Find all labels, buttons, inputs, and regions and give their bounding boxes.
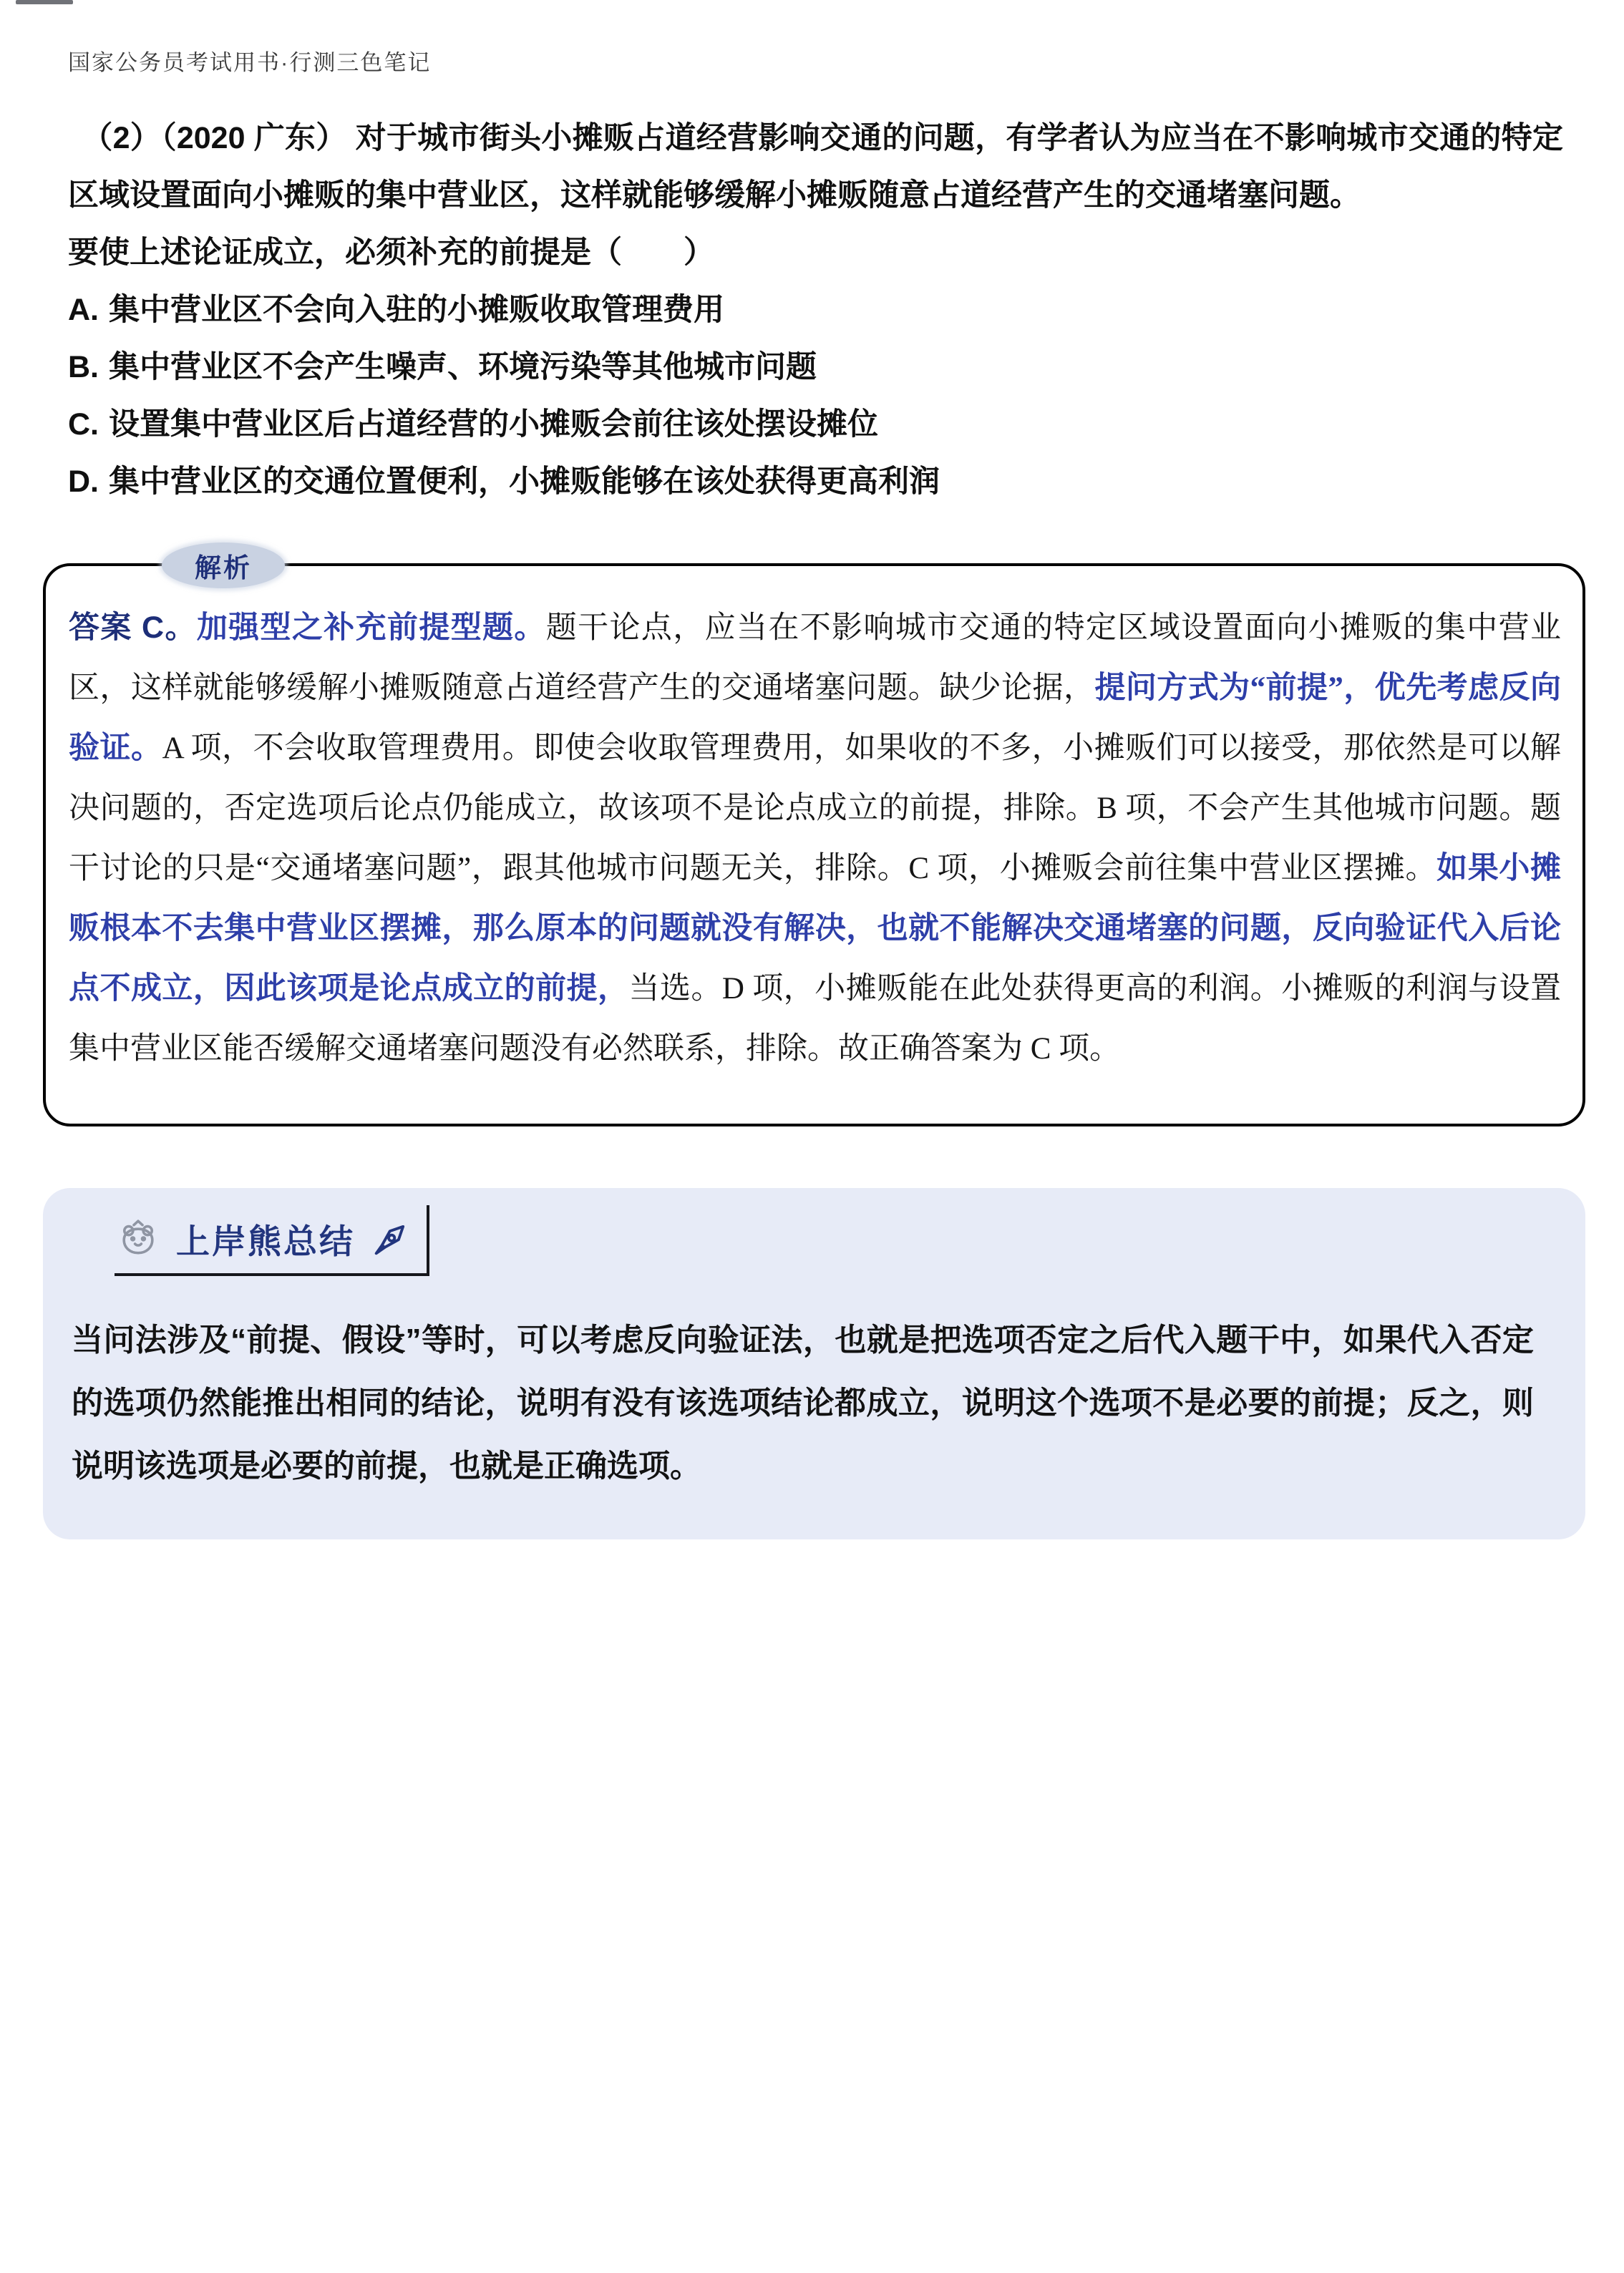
- analysis-badge: 解析: [162, 542, 285, 588]
- option-b-text: 集中营业区不会产生噪声、环境污染等其他城市问题: [109, 350, 817, 384]
- question-block: （2）（2020 广东） 对于城市街头小摊贩占道经营影响交通的问题，有学者认为应…: [68, 109, 1563, 510]
- summary-body: 当问法涉及“前提、假设”等时，可以考虑反向验证法，也就是把选项否定之后代入题干中…: [72, 1309, 1534, 1498]
- option-d: D.集中营业区的交通位置便利，小摊贩能够在该处获得更高利润: [68, 453, 1563, 510]
- question-stem: （2）（2020 广东） 对于城市街头小摊贩占道经营影响交通的问题，有学者认为应…: [68, 109, 1563, 224]
- option-c-label: C.: [68, 407, 99, 442]
- option-a-text: 集中营业区不会向入驻的小摊贩收取管理费用: [109, 293, 724, 327]
- summary-header: 上岸熊总结: [115, 1207, 429, 1276]
- pen-nib-icon: [369, 1219, 411, 1260]
- option-a: A.集中营业区不会向入驻的小摊贩收取管理费用: [68, 281, 1563, 339]
- summary-title: 上岸熊总结: [176, 1215, 355, 1263]
- option-a-label: A.: [68, 293, 99, 327]
- analysis-box: 解析 答案 C。加强型之补充前提型题。题干论点，应当在不影响城市交通的特定区域设…: [43, 563, 1585, 1126]
- option-c: C.设置集中营业区后占道经营的小摊贩会前往该处摆设摊位: [68, 396, 1563, 453]
- book-page: 国家公务员考试用书·行测三色笔记 （2）（2020 广东） 对于城市街头小摊贩占…: [0, 0, 1624, 2273]
- option-c-text: 设置集中营业区后占道经营的小摊贩会前往该处摆设摊位: [109, 407, 878, 442]
- analysis-body: 答案 C。加强型之补充前提型题。题干论点，应当在不影响城市交通的特定区域设置面向…: [69, 598, 1561, 1079]
- question-prompt: 要使上述论证成立，必须补充的前提是（ ）: [68, 224, 1563, 281]
- bear-mascot-icon: [115, 1216, 162, 1263]
- option-b-label: B.: [68, 350, 99, 384]
- book-header-title: 国家公务员考试用书·行测三色笔记: [68, 44, 1563, 77]
- summary-box: 上岸熊总结 当问法涉及“前提、假设”等时，可以考虑反向验证法，也就是把选项否定之…: [43, 1188, 1585, 1539]
- scan-artifact: [16, 0, 73, 4]
- option-b: B.集中营业区不会产生噪声、环境污染等其他城市问题: [68, 339, 1563, 396]
- summary-header-corner-line: [427, 1205, 429, 1276]
- option-d-label: D.: [68, 464, 99, 499]
- option-d-text: 集中营业区的交通位置便利，小摊贩能够在该处获得更高利润: [109, 464, 940, 499]
